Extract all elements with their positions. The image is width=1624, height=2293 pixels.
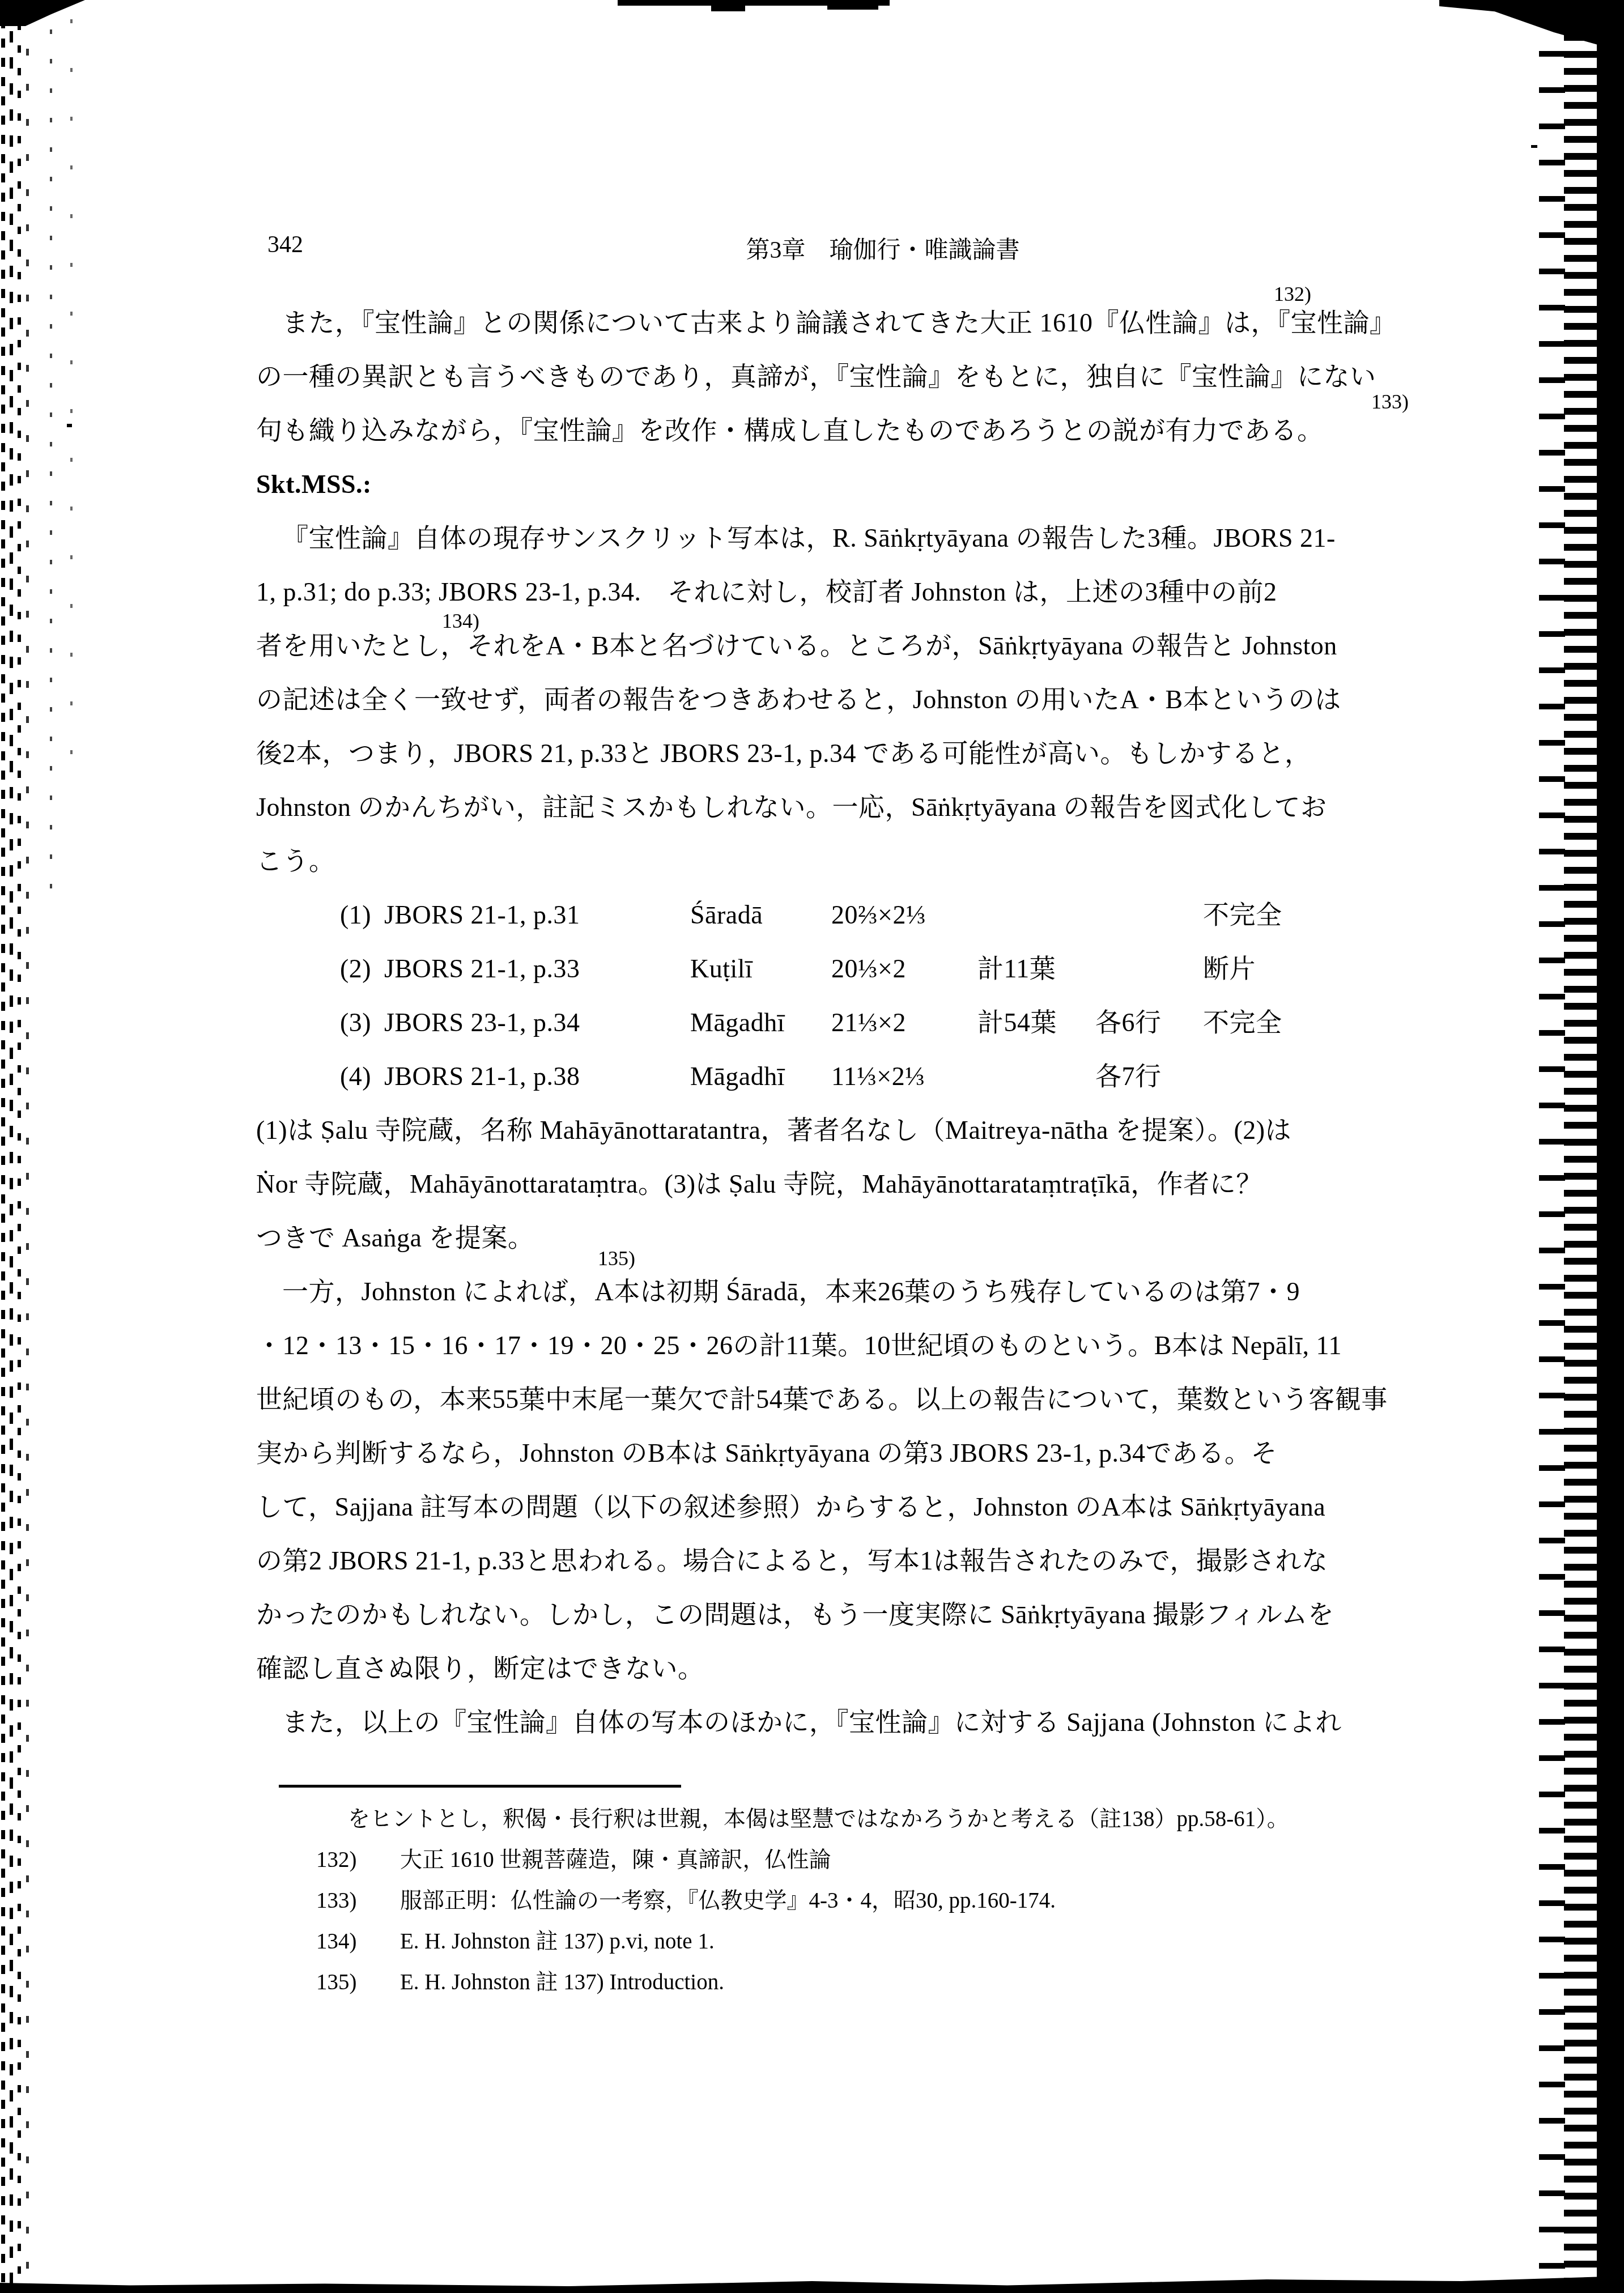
text-line: 世紀頃のもの，本来55葉中末尾一葉欠で計54葉である。以上の報告について，葉数と… xyxy=(256,1372,1510,1426)
scan-edge-right-band xyxy=(1597,0,1624,2293)
manuscript-row: (3) JBORS 23-1, p.34 Māgadhī 21⅓×2 計54葉 … xyxy=(256,996,1510,1049)
footnote-text: E. H. Johnston 註 137) Introduction. xyxy=(400,1970,724,1994)
footnote-item: 132)大正 1610 世親菩薩造，陳・真諦訳，仏性論 xyxy=(256,1840,1510,1881)
row-number: (3) xyxy=(340,996,384,1049)
script-name: Māgadhī xyxy=(690,1049,831,1103)
manuscript-size: 11⅓×2⅓ xyxy=(831,1049,977,1103)
footnote-item: 133)服部正明：仏性論の一考察，『仏教史学』4-3・4，昭30, pp.160… xyxy=(256,1881,1510,1921)
jbors-reference: JBORS 23-1, p.34 xyxy=(384,996,690,1049)
manuscript-row: (1) JBORS 21-1, p.31 Śāradā 20⅔×2⅓ 不完全 xyxy=(256,888,1510,942)
text-line: 『宝性論』自体の現存サンスクリット写本は，R. Sāṅkṛtyāyana の報告… xyxy=(256,511,1510,565)
manuscript-condition: 不完全 xyxy=(1203,996,1510,1049)
page-number: 342 xyxy=(267,231,303,258)
manuscript-condition: 不完全 xyxy=(1203,888,1510,942)
scan-noise-left-line-3 xyxy=(18,0,21,2293)
scan-noise-left-line-4 xyxy=(26,0,29,2293)
manuscript-size: 21⅓×2 xyxy=(831,996,977,1049)
section-heading-skt-mss: Skt.MSS.: xyxy=(256,457,1510,511)
text-line: 者を用いたとし，それをA・B本と名づけている。ところが，Sāṅkṛtyāyana… xyxy=(256,619,1510,673)
text-line: こう。 xyxy=(256,834,1510,888)
text-line: Johnston のかんちがい，註記ミスかもしれない。一応，Sāṅkṛtyāya… xyxy=(256,780,1510,834)
text-line: また，『宝性論』との関係について古来より論議されてきた大正 1610『仏性論』は… xyxy=(256,296,1510,350)
scan-noise-left-line-5 xyxy=(50,0,52,907)
leaf-count xyxy=(977,888,1095,942)
text-line: Ṅor 寺院蔵，Mahāyānottarataṃtra。(3)は Ṣalu 寺院… xyxy=(256,1157,1510,1211)
scan-edge-bottom xyxy=(0,2276,1624,2293)
scan-edge-top-3 xyxy=(827,0,878,10)
text-line: の記述は全く一致せず，両者の報告をつきあわせると，Johnston の用いたA・… xyxy=(256,673,1510,726)
scan-noise-left-line-2 xyxy=(10,0,13,2293)
row-number: (2) xyxy=(340,942,384,996)
footnote-item: 135)E. H. Johnston 註 137) Introduction. xyxy=(256,1962,1510,2003)
script-name: Kuṭilī xyxy=(690,942,831,996)
script-name: Śāradā xyxy=(690,888,831,942)
scan-noise-left-line-1 xyxy=(1,0,5,2293)
text-line: 句も織り込みながら，『宝性論』を改作・構成し直したものであろうとの説が有力である… xyxy=(256,403,1510,457)
text-line: の第2 JBORS 21-1, p.33と思われる。場合によると，写本1は報告さ… xyxy=(256,1534,1510,1588)
manuscript-row: (2) JBORS 21-1, p.33 Kuṭilī 20⅓×2 計11葉 断… xyxy=(256,942,1510,996)
text-line: して，Sajjana 註写本の問題（以下の叙述参照）からすると，Johnston… xyxy=(256,1480,1510,1534)
footnote-number: 134) xyxy=(316,1921,400,1962)
lines-per-leaf: 各7行 xyxy=(1095,1049,1203,1103)
text-line: 確認し直さぬ限り，断定はできない。 xyxy=(256,1641,1510,1695)
running-header: 342 第3章 瑜伽行・唯識論書 xyxy=(256,231,1510,271)
scan-edge-right-fringe-2 xyxy=(1539,0,1565,2293)
footnote-text: E. H. Johnston 註 137) p.vi, note 1. xyxy=(400,1929,715,1954)
script-name: Māgadhī xyxy=(690,996,831,1049)
footnote-number: 133) xyxy=(316,1881,400,1921)
footnotes: をヒントとし，釈偈・長行釈は世親，本偈は堅慧ではなかろうかと考える（註138）p… xyxy=(256,1799,1510,2003)
manuscript-size: 20⅓×2 xyxy=(831,942,977,996)
footnote-item: 134)E. H. Johnston 註 137) p.vi, note 1. xyxy=(256,1921,1510,1962)
leaf-count: 計11葉 xyxy=(977,942,1095,996)
manuscript-row: (4) JBORS 21-1, p.38 Māgadhī 11⅓×2⅓ 各7行 xyxy=(256,1049,1510,1103)
text-line: の一種の異訳とも言うべきものであり，真諦が，『宝性論』をもとに，独自に『宝性論』… xyxy=(256,350,1510,403)
text-line: ・12・13・15・16・17・19・20・25・26の計11葉。10世紀頃のも… xyxy=(256,1318,1510,1372)
scan-speck-1 xyxy=(67,424,72,427)
footnote-separator xyxy=(279,1785,681,1788)
row-number: (4) xyxy=(340,1049,384,1103)
scan-edge-top-2 xyxy=(711,0,745,11)
footnote-number: 135) xyxy=(316,1962,400,2003)
lines-per-leaf xyxy=(1095,888,1203,942)
body-text: また，『宝性論』との関係について古来より論議されてきた大正 1610『仏性論』は… xyxy=(256,296,1510,1749)
jbors-reference: JBORS 21-1, p.33 xyxy=(384,942,690,996)
footnote-text: 大正 1610 世親菩薩造，陳・真諦訳，仏性論 xyxy=(400,1848,831,1872)
footnote-number: 132) xyxy=(316,1840,400,1881)
manuscript-condition xyxy=(1203,1049,1510,1103)
lines-per-leaf: 各6行 xyxy=(1095,996,1203,1049)
text-line: (1)は Ṣalu 寺院蔵，名称 Mahāyānottaratantra，著者名… xyxy=(256,1103,1510,1157)
text-line: 実から判断するなら，Johnston のB本は Sāṅkṛtyāyana の第3… xyxy=(256,1426,1510,1480)
text-line: つきで Asaṅga を提案。 xyxy=(256,1211,1510,1265)
text-line: 後2本，つまり，JBORS 21, p.33と JBORS 23-1, p.34… xyxy=(256,726,1510,780)
manuscript-condition: 断片 xyxy=(1203,942,1510,996)
jbors-reference: JBORS 21-1, p.38 xyxy=(384,1049,690,1103)
text-line: 一方，Johnston によれば，A本は初期 Śāradā，本来26葉のうち残存… xyxy=(256,1265,1510,1318)
scan-noise-left-line-6 xyxy=(70,0,73,765)
scan-speck-2 xyxy=(1531,145,1537,148)
footnote-continuation: をヒントとし，釈偈・長行釈は世親，本偈は堅慧ではなかろうかと考える（註138）p… xyxy=(256,1799,1510,1840)
chapter-title: 第3章 瑜伽行・唯識論書 xyxy=(746,231,1019,265)
text-line: また，以上の『宝性論』自体の写本のほかに，『宝性論』に対する Sajjana (… xyxy=(256,1695,1510,1749)
leaf-count: 計54葉 xyxy=(977,996,1095,1049)
scanned-book-page: 342 第3章 瑜伽行・唯識論書 132) 133) 134) 135) また，… xyxy=(0,0,1624,2293)
row-number: (1) xyxy=(340,888,384,942)
text-line: 1, p.31; do p.33; JBORS 23-1, p.34. それに対… xyxy=(256,565,1510,619)
jbors-reference: JBORS 21-1, p.31 xyxy=(384,888,690,942)
lines-per-leaf xyxy=(1095,942,1203,996)
text-line: かったのかもしれない。しかし，この問題は，もう一度実際に Sāṅkṛtyāyan… xyxy=(256,1588,1510,1641)
footnote-text: 服部正明：仏性論の一考察，『仏教史学』4-3・4，昭30, pp.160-174… xyxy=(400,1888,1056,1913)
manuscript-size: 20⅔×2⅓ xyxy=(831,888,977,942)
scan-edge-right-fringe-1 xyxy=(1564,0,1598,2293)
leaf-count xyxy=(977,1049,1095,1103)
